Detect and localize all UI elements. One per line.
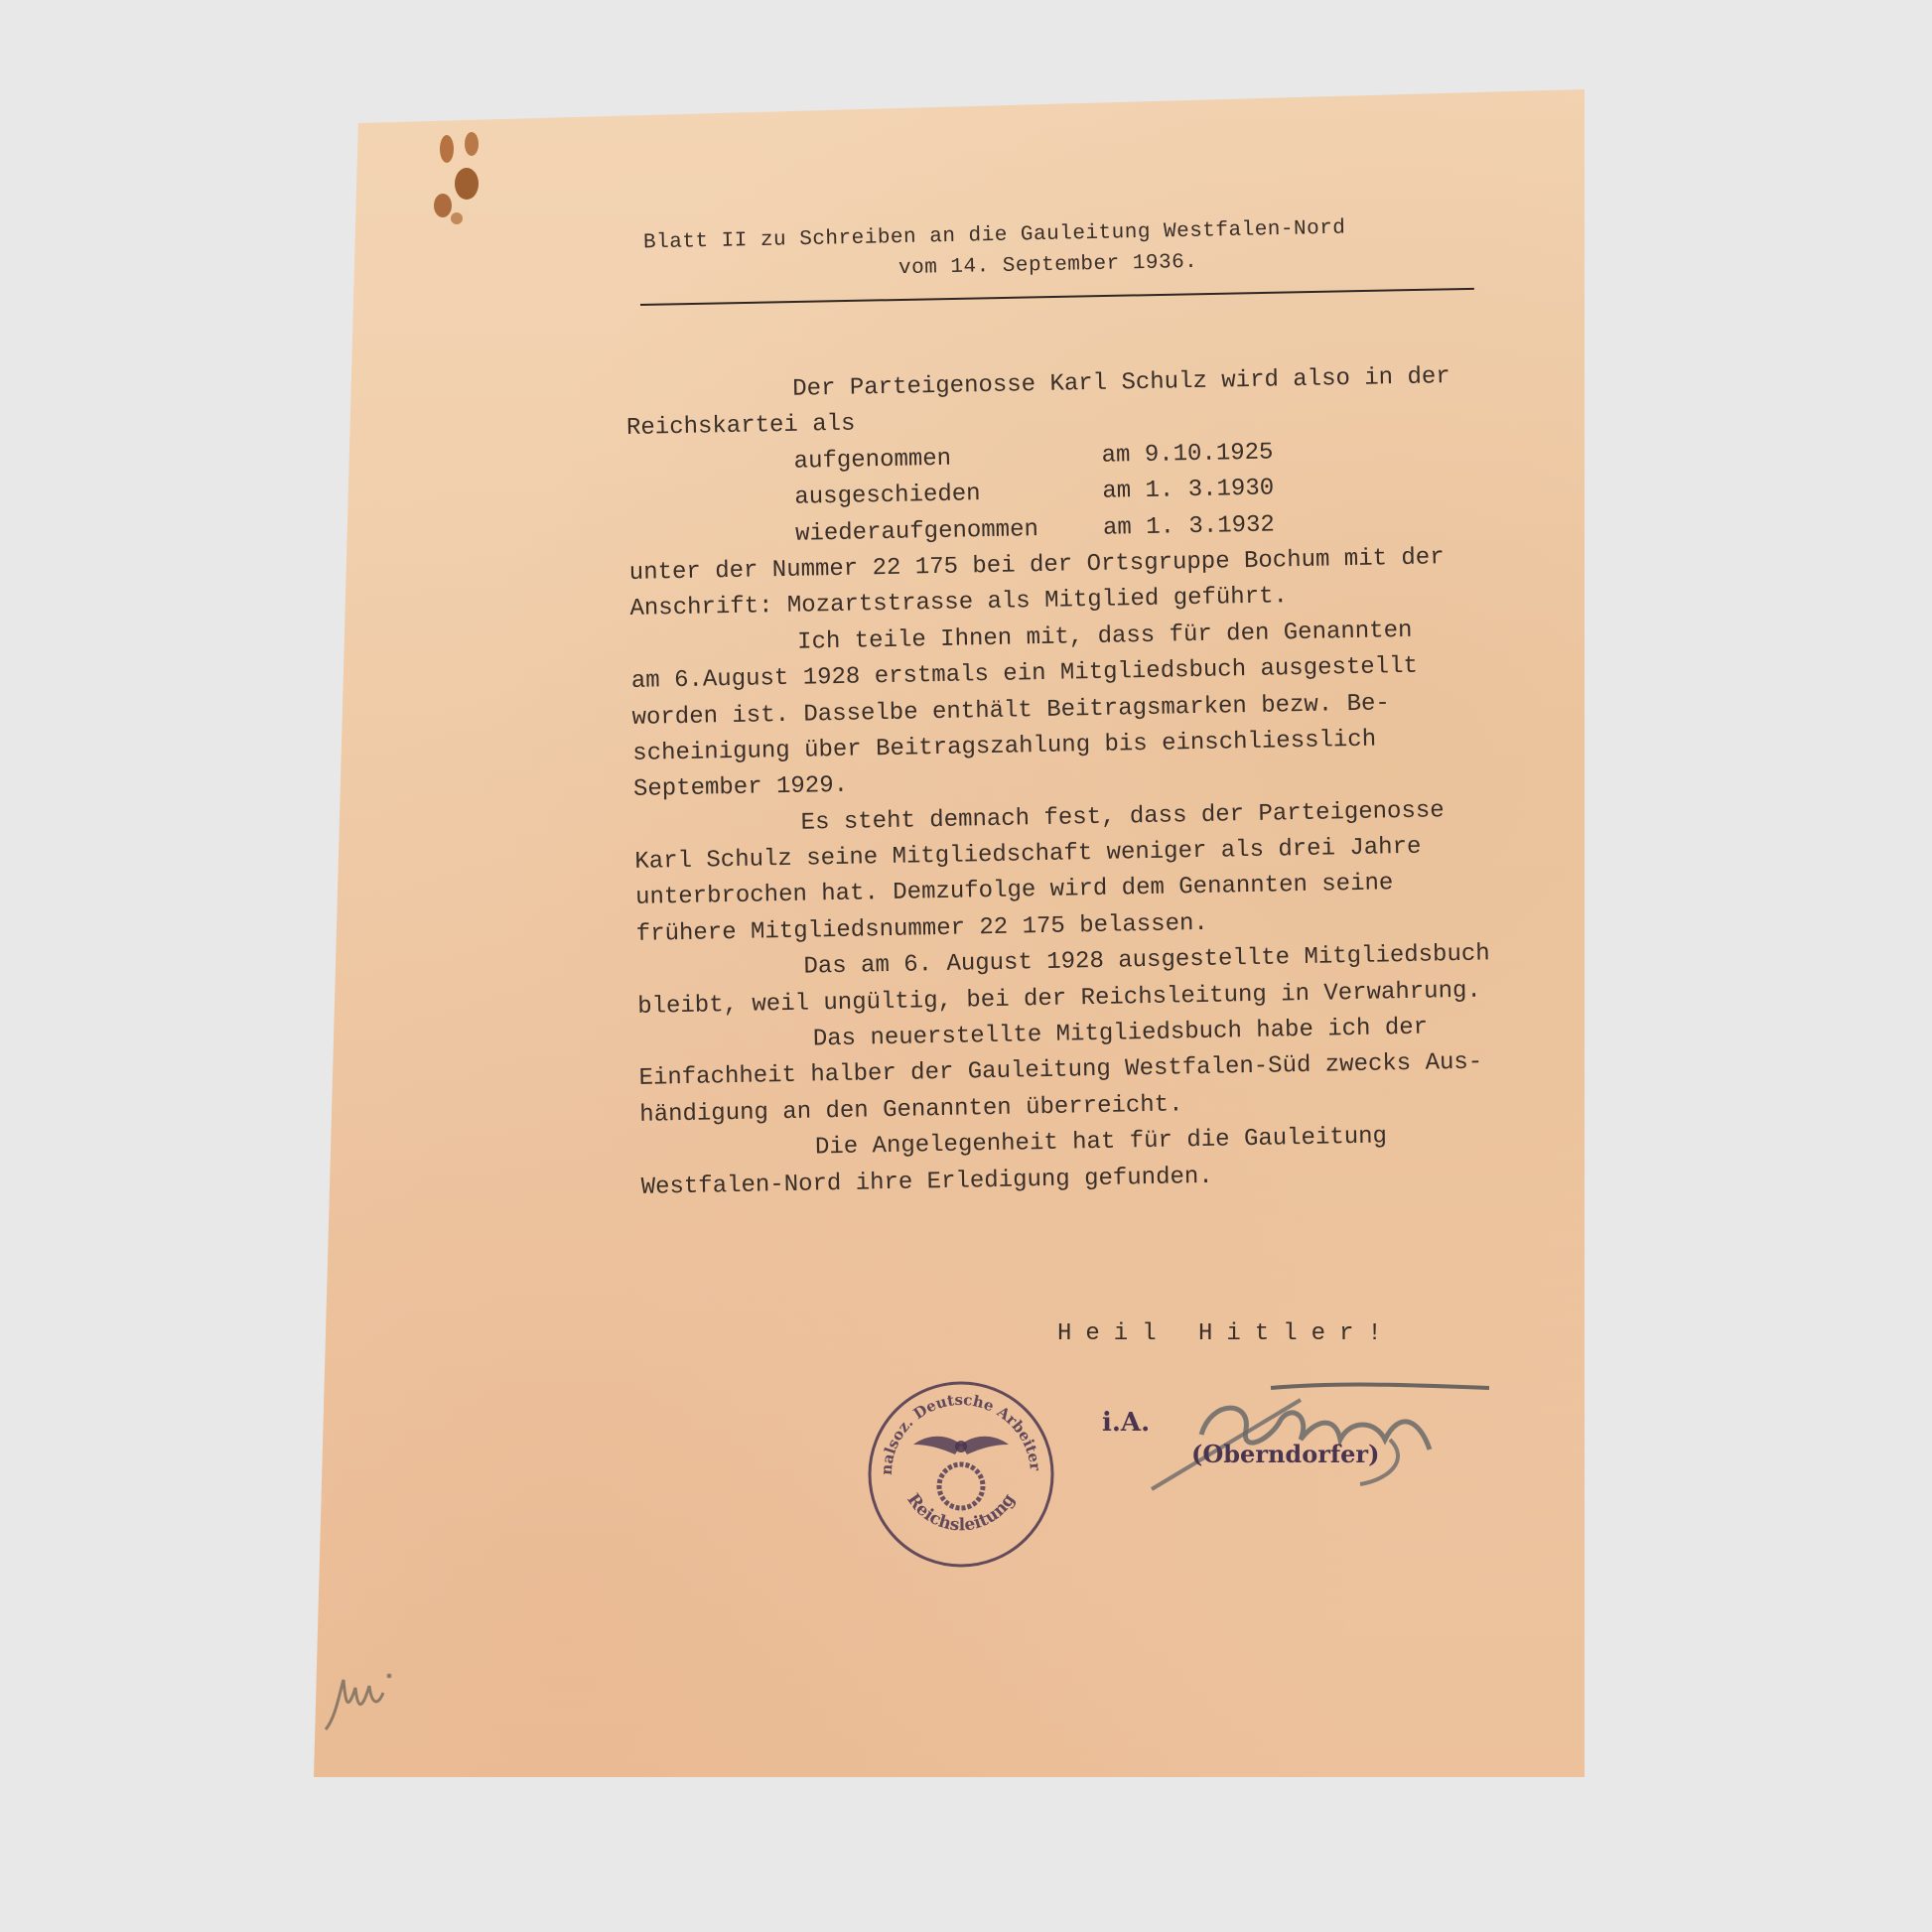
rust-stain-marks	[427, 124, 496, 233]
record-label: aufgenommen	[793, 439, 1102, 481]
record-date: am 9.10.1925	[1101, 435, 1273, 475]
record-label: ausgeschieden	[794, 475, 1103, 516]
photo-stage: Blatt II zu Schreiben an die Gauleitung …	[0, 0, 1932, 1932]
record-date: am 1. 3.1930	[1102, 472, 1274, 511]
letter-body: Der Parteigenosse Karl Schulz wird also …	[625, 357, 1555, 1205]
svg-text:Nationalsoz. Deutsche Arbeiter: Nationalsoz. Deutsche Arbeiterpartei	[862, 1375, 1044, 1475]
record-label: wiederaufgenommen	[795, 510, 1104, 552]
typed-signatory-name: (Oberndorfer)	[1191, 1440, 1379, 1468]
record-date: am 1. 3.1932	[1103, 507, 1275, 547]
handwritten-signature	[1142, 1360, 1499, 1499]
closing-salutation: Heil Hitler!	[1057, 1320, 1396, 1347]
svg-text:Reichsleitung: Reichsleitung	[902, 1490, 1019, 1536]
pencil-annotation-mark	[318, 1658, 407, 1737]
official-stamp-icon: Nationalsoz. Deutsche Arbeiterpartei Rei…	[862, 1375, 1060, 1574]
